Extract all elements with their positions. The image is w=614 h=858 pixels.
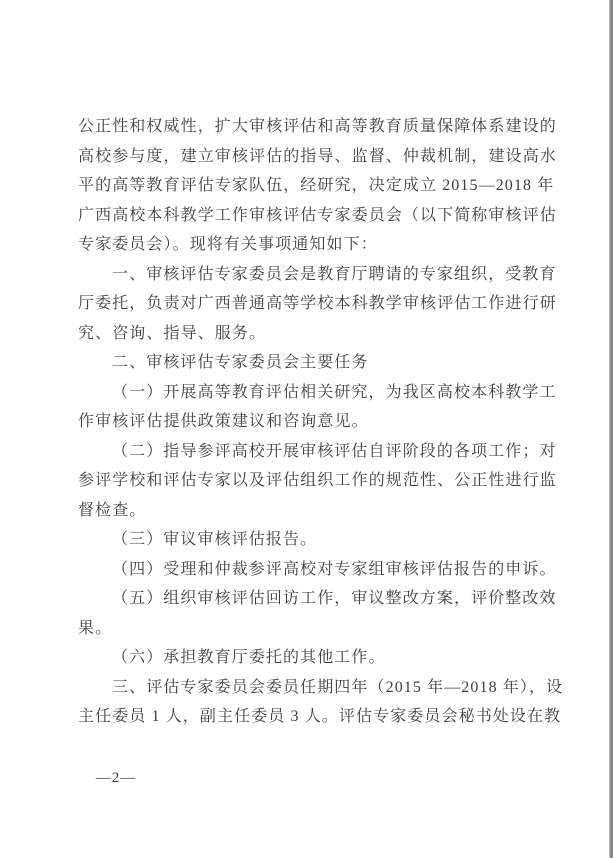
text-line: （二）指导参评高校开展审核评估自评阶段的各项工作；对 [78, 437, 544, 467]
text-line: （六）承担教育厅委托的其他工作。 [78, 643, 544, 673]
page-number: —2— [80, 770, 152, 787]
text-line: 究、咨询、指导、服务。 [78, 319, 544, 349]
text-line: 高校参与度，建立审核评估的指导、监督、仲裁机制，建设高水 [78, 142, 544, 172]
text-line: 果。 [78, 614, 544, 644]
text-line: 一、审核评估专家委员会是教育厅聘请的专家组织，受教育 [78, 260, 544, 290]
text-line: 平的高等教育评估专家队伍，经研究，决定成立 2015—2018 年 [78, 171, 544, 201]
text-line: （一）开展高等教育评估相关研究，为我区高校本科教学工 [78, 378, 544, 408]
text-line: （五）组织审核评估回访工作，审议整改方案，评价整改效 [78, 584, 544, 614]
document-body: 公正性和权威性，扩大审核评估和高等教育质量保障体系建设的高校参与度，建立审核评估… [78, 112, 544, 732]
text-line: 厅委托，负责对广西普通高等学校本科教学审核评估工作进行研 [78, 289, 544, 319]
text-line: （三）审议审核评估报告。 [78, 525, 544, 555]
text-line: 二、审核评估专家委员会主要任务 [78, 348, 544, 378]
document-page: 公正性和权威性，扩大审核评估和高等教育质量保障体系建设的高校参与度，建立审核评估… [0, 0, 614, 858]
text-line: 参评学校和评估专家以及评估组织工作的规范性、公正性进行监 [78, 466, 544, 496]
text-line: 督检查。 [78, 496, 544, 526]
scan-edge-artifact [609, 0, 613, 858]
text-line: 广西高校本科教学工作审核评估专家委员会（以下简称审核评估 [78, 201, 544, 231]
text-line: 三、评估专家委员会委员任期四年（2015 年—2018 年），设 [78, 673, 544, 703]
text-line: 公正性和权威性，扩大审核评估和高等教育质量保障体系建设的 [78, 112, 544, 142]
text-line: 作审核评估提供政策建议和咨询意见。 [78, 407, 544, 437]
text-line: 主任委员 1 人，副主任委员 3 人。评估专家委员会秘书处设在教 [78, 702, 544, 732]
text-line: （四）受理和仲裁参评高校对专家组审核评估报告的申诉。 [78, 555, 544, 585]
text-line: 专家委员会）。现将有关事项通知如下： [78, 230, 544, 260]
